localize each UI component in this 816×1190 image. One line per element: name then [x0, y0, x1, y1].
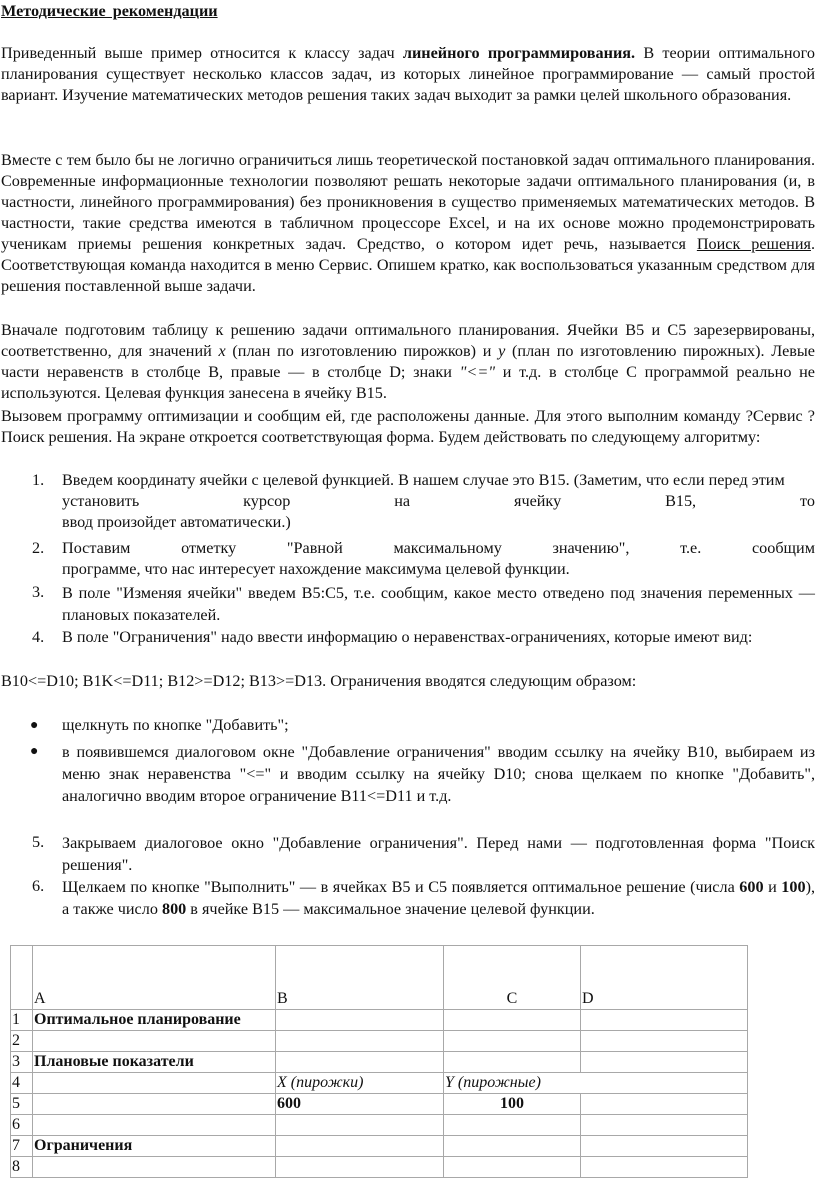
table-row: 5 600 100 — [11, 1094, 748, 1115]
word: то — [800, 491, 815, 512]
cell-c1[interactable] — [444, 1010, 581, 1031]
bullet-icon: ● — [30, 741, 38, 762]
constraints-line: B10<=D10; B1K<=D11; B12>=D12; B13>=D13. … — [1, 671, 815, 692]
step-number: 3. — [32, 582, 44, 603]
cell-b1[interactable] — [276, 1010, 444, 1031]
cell-c7[interactable] — [444, 1136, 581, 1157]
section-title: Методические рекомендации — [1, 1, 218, 22]
cell-c3[interactable] — [444, 1052, 581, 1073]
row-number[interactable]: 2 — [11, 1031, 33, 1052]
table-row: 8 — [11, 1157, 748, 1178]
cell-c5[interactable]: 100 — [444, 1094, 581, 1115]
column-header-row: A B C D — [11, 946, 748, 1010]
text: Вместе с тем было бы не логично ограничи… — [1, 151, 815, 253]
step-text: Щелкаем по кнопке "Выполнить" — в ячейка… — [62, 876, 815, 920]
spreadsheet-table: A B C D 1 Оптимальное планирование 2 3 П… — [10, 945, 748, 1178]
paragraph-table-prep: Вначале подготовим таблицу к решению зад… — [1, 320, 815, 404]
cell-b8[interactable] — [276, 1157, 444, 1178]
cell-c2[interactable] — [444, 1031, 581, 1052]
cell-a6[interactable] — [33, 1115, 276, 1136]
text: Щелкаем по кнопке "Выполнить" — в ячейка… — [62, 878, 739, 896]
cell-a1[interactable]: Оптимальное планирование — [33, 1010, 276, 1031]
cell-a8[interactable] — [33, 1157, 276, 1178]
cell-d6[interactable] — [581, 1115, 748, 1136]
table-row: 4 X (пирожки) Y (пирожные) — [11, 1073, 748, 1094]
table-row: 6 — [11, 1115, 748, 1136]
bullet-text: щелкнуть по кнопке "Добавить"; — [62, 715, 815, 736]
cell-a5[interactable] — [33, 1094, 276, 1115]
step-number: 1. — [32, 470, 44, 491]
word: "Равной — [287, 538, 343, 559]
cell-a2[interactable] — [33, 1031, 276, 1052]
table-row: 2 — [11, 1031, 748, 1052]
paragraph-intro: Приведенный выше пример относится к клас… — [1, 43, 815, 106]
bullet-text: в появившемся диалоговом окне "Добавлени… — [62, 741, 815, 807]
step-number: 4. — [32, 627, 44, 648]
cell-b2[interactable] — [276, 1031, 444, 1052]
step-text: В поле "Изменяя ячейки" введем B5:C5, т.… — [62, 582, 815, 626]
cell-b6[interactable] — [276, 1115, 444, 1136]
cell-c6[interactable] — [444, 1115, 581, 1136]
cell-b5[interactable]: 600 — [276, 1094, 444, 1115]
step-text: Поставим отметку "Равной максимальному з… — [62, 538, 815, 580]
row-number[interactable]: 4 — [11, 1073, 33, 1094]
row-number[interactable]: 7 — [11, 1136, 33, 1157]
table-row: 3 Плановые показатели — [11, 1052, 748, 1073]
word: курсор — [243, 491, 290, 512]
text-line: ввод произойдет автоматически.) — [62, 512, 815, 533]
cell-b3[interactable] — [276, 1052, 444, 1073]
word: B15, — [665, 491, 696, 512]
word: отметку — [181, 538, 236, 559]
column-header-d[interactable]: D — [581, 946, 748, 1010]
word: значению", — [552, 538, 629, 559]
column-header-c[interactable]: C — [444, 946, 581, 1010]
word: на — [394, 491, 410, 512]
cell-d7[interactable] — [581, 1136, 748, 1157]
row-number[interactable]: 6 — [11, 1115, 33, 1136]
cell-a7[interactable]: Ограничения — [33, 1136, 276, 1157]
cell-a4[interactable] — [33, 1073, 276, 1094]
paragraph-run-solver: Вызовем программу оптимизации и сообщим … — [1, 406, 815, 448]
sign-text: "<=" — [460, 363, 495, 381]
bullet-icon: ● — [30, 715, 38, 736]
step-number: 5. — [32, 832, 44, 853]
word: ячейку — [514, 491, 561, 512]
cell-d1[interactable] — [581, 1010, 748, 1031]
text: Приведенный выше пример относится к клас… — [1, 44, 403, 62]
text-line: установить курсор на ячейку B15, то — [62, 491, 815, 512]
step-text: Закрываем диалоговое окно "Добавление ог… — [62, 832, 815, 876]
step-text: Введем координату ячейки с целевой функц… — [62, 470, 815, 533]
solver-link[interactable]: Поиск решения — [697, 235, 811, 253]
text: (план по изготовлению пирожков) и — [226, 342, 498, 360]
table-row: 1 Оптимальное планирование — [11, 1010, 748, 1031]
cell-d5[interactable] — [581, 1094, 748, 1115]
text: в ячейке B15 — максимальное значение цел… — [186, 900, 595, 918]
value-max: 800 — [162, 900, 186, 918]
row-number[interactable]: 1 — [11, 1010, 33, 1031]
table-row: 7 Ограничения — [11, 1136, 748, 1157]
row-number[interactable]: 8 — [11, 1157, 33, 1178]
word: максимальному — [393, 538, 501, 559]
word: Поставим — [62, 538, 130, 559]
text-line: Поставим отметку "Равной максимальному з… — [62, 538, 815, 559]
corner-cell — [11, 946, 33, 1010]
value-x: 600 — [739, 878, 763, 896]
step-number: 2. — [32, 538, 44, 559]
text-line: программе, что нас интересует нахождение… — [62, 559, 815, 580]
cell-c4-d4-merged[interactable]: Y (пирожные) — [444, 1073, 748, 1094]
cell-a3[interactable]: Плановые показатели — [33, 1052, 276, 1073]
cell-d3[interactable] — [581, 1052, 748, 1073]
cell-b4[interactable]: X (пирожки) — [276, 1073, 444, 1094]
cell-c8[interactable] — [444, 1157, 581, 1178]
word: т.е. — [680, 538, 701, 559]
column-header-a[interactable]: A — [33, 946, 276, 1010]
column-header-b[interactable]: B — [276, 946, 444, 1010]
text-line: Введем координату ячейки с целевой функц… — [62, 470, 815, 491]
value-y: 100 — [781, 878, 805, 896]
row-number[interactable]: 3 — [11, 1052, 33, 1073]
cell-d8[interactable] — [581, 1157, 748, 1178]
word: установить — [62, 491, 139, 512]
bold-term: линейного программирования. — [403, 44, 635, 62]
row-number[interactable]: 5 — [11, 1094, 33, 1115]
text: и — [764, 878, 782, 896]
var-x: x — [219, 342, 226, 360]
cell-d2[interactable] — [581, 1031, 748, 1052]
cell-b7[interactable] — [276, 1136, 444, 1157]
step-number: 6. — [32, 876, 44, 897]
step-text: В поле "Ограничения" надо ввести информа… — [62, 627, 815, 648]
word: сообщим — [752, 538, 815, 559]
paragraph-excel-tools: Вместе с тем было бы не логично ограничи… — [1, 150, 815, 297]
